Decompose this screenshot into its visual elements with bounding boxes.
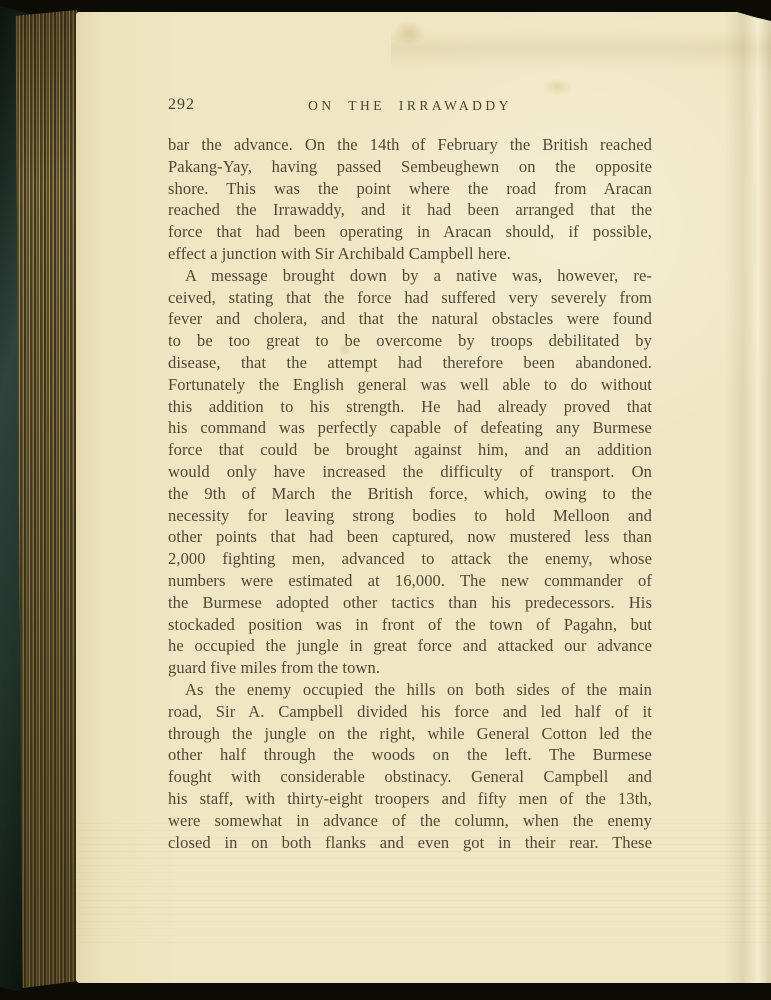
text-line: were somewhat in advance of the column, … bbox=[168, 810, 652, 832]
text-line: his staff, with thirty-eight troopers an… bbox=[168, 788, 652, 810]
text-line: closed in on both flanks and even got in… bbox=[168, 832, 652, 854]
text-line: the Burmese adopted other tactics than h… bbox=[168, 592, 652, 614]
text-line: the 9th of March the British force, whic… bbox=[168, 483, 652, 505]
text-line: force that could be brought against him,… bbox=[168, 439, 652, 461]
text-line: necessity for leaving strong bodies to h… bbox=[168, 505, 652, 527]
paragraph: As the enemy occupied the hills on both … bbox=[168, 679, 652, 853]
text-line: reached the Irrawaddy, and it had been a… bbox=[168, 199, 652, 221]
text-line: Pakang-Yay, having passed Sembeughewn on… bbox=[168, 156, 652, 178]
text-line: bar the advance. On the 14th of February… bbox=[168, 134, 652, 156]
text-line: guard five miles from the town. bbox=[168, 657, 652, 679]
text-line: other half through the woods on the left… bbox=[168, 744, 652, 766]
text-line: disease, that the attempt had therefore … bbox=[168, 352, 652, 374]
text-line: to be too great to be overcome by troops… bbox=[168, 330, 652, 352]
text-line: other points that had been captured, now… bbox=[168, 526, 652, 548]
foxing-stain bbox=[392, 20, 426, 46]
book-photo: 292 ON THE IRRAWADDY bar the advance. On… bbox=[0, 0, 771, 1000]
printed-content: 292 ON THE IRRAWADDY bar the advance. On… bbox=[168, 96, 652, 853]
screenshot-root: { "page": { "page_number": "292", "runni… bbox=[0, 0, 771, 1000]
text-line: he occupied the jungle in great force an… bbox=[168, 635, 652, 657]
text-line: road, Sir A. Campbell divided his force … bbox=[168, 701, 652, 723]
page-curl-shadow bbox=[725, 12, 771, 983]
page-header: 292 ON THE IRRAWADDY bbox=[168, 96, 652, 118]
text-line: fever and cholera, and that the natural … bbox=[168, 308, 652, 330]
text-line: numbers were estimated at 16,000. The ne… bbox=[168, 570, 652, 592]
text-line: Fortunately the English general was well… bbox=[168, 374, 652, 396]
text-line: effect a junction with Sir Archibald Cam… bbox=[168, 243, 652, 265]
text-line: shore. This was the point where the road… bbox=[168, 178, 652, 200]
text-line: A message brought down by a native was, … bbox=[168, 265, 652, 287]
foxing-stain bbox=[542, 78, 572, 96]
text-line: his command was perfectly capable of def… bbox=[168, 417, 652, 439]
scan-light-band bbox=[391, 30, 771, 70]
text-line: As the enemy occupied the hills on both … bbox=[168, 679, 652, 701]
text-line: fought with considerable obstinacy. Gene… bbox=[168, 766, 652, 788]
text-line: this addition to his strength. He had al… bbox=[168, 396, 652, 418]
page-corner-shadow bbox=[737, 12, 771, 21]
page-body: bar the advance. On the 14th of February… bbox=[168, 134, 652, 853]
paragraph: bar the advance. On the 14th of February… bbox=[168, 134, 652, 265]
paragraph: A message brought down by a native was, … bbox=[168, 265, 652, 679]
text-line: ceived, stating that the force had suffe… bbox=[168, 287, 652, 309]
book-page: 292 ON THE IRRAWADDY bar the advance. On… bbox=[76, 12, 771, 983]
text-line: stockaded position was in front of the t… bbox=[168, 614, 652, 636]
running-header: ON THE IRRAWADDY bbox=[168, 98, 652, 114]
text-line: would only have increased the difficulty… bbox=[168, 461, 652, 483]
text-line: 2,000 fighting men, advanced to attack t… bbox=[168, 548, 652, 570]
text-line: through the jungle on the right, while G… bbox=[168, 723, 652, 745]
text-line: force that had been operating in Aracan … bbox=[168, 221, 652, 243]
